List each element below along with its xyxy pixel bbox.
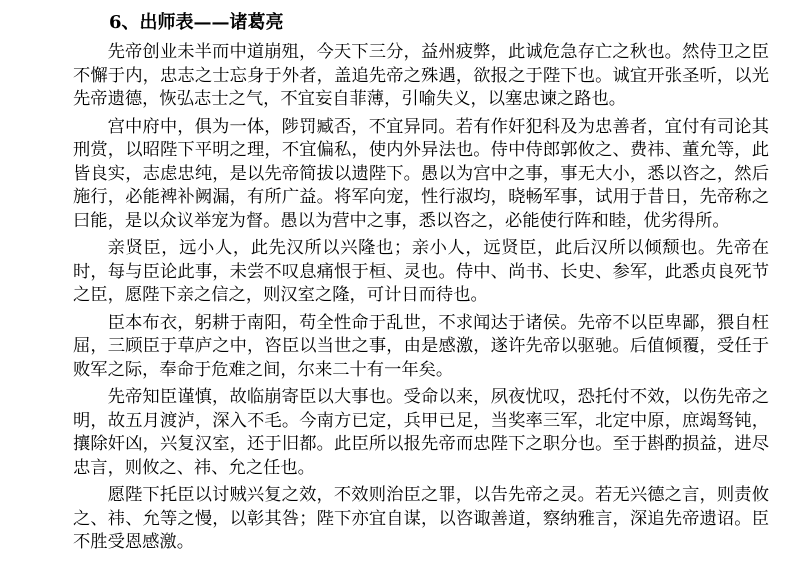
body-paragraph: 先帝知臣谨慎，故临崩寄臣以大事也。受命以来，夙夜忧叹，恐托付不效，以伤先帝之明，… bbox=[73, 386, 769, 480]
body-paragraph: 愿陛下托臣以讨贼兴复之效，不效则治臣之罪，以告先帝之灵。若无兴德之言，则责攸之、… bbox=[73, 484, 769, 555]
body-paragraph: 亲贤臣，远小人，此先汉所以兴隆也；亲小人，远贤臣，此后汉所以倾颓也。先帝在时，每… bbox=[73, 237, 769, 308]
document-page: 6、出师表——诸葛亮 先帝创业未半而中道崩殂，今天下三分，益州疲弊，此诚危急存亡… bbox=[0, 0, 794, 586]
body-paragraph: 宫中府中，俱为一体，陟罚臧否，不宜异同。若有作奸犯科及为忠善者，宜付有司论其刑赏… bbox=[73, 116, 769, 234]
body-paragraph: 臣本布衣，躬耕于南阳，苟全性命于乱世，不求闻达于诸侯。先帝不以臣卑鄙，猥自枉屈，… bbox=[73, 312, 769, 383]
document-title: 6、出师表——诸葛亮 bbox=[73, 12, 769, 34]
body-paragraph: 先帝创业未半而中道崩殂，今天下三分，益州疲弊，此诚危急存亡之秋也。然侍卫之臣不懈… bbox=[73, 41, 769, 112]
